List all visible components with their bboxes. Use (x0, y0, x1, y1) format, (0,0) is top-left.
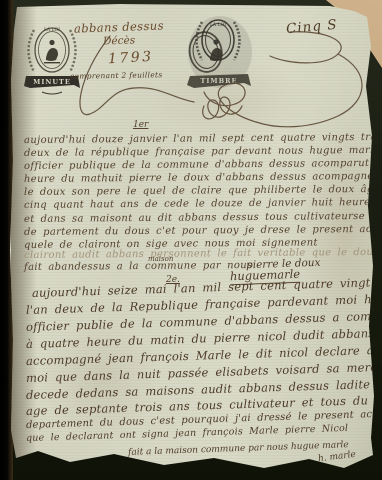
act1-line: le doux son pere le quel de claire que p… (24, 184, 382, 198)
act1-number-mark: 1er (133, 120, 148, 130)
act1-line: cinq quant haut ans de cede le douze de … (24, 196, 382, 211)
act1-line: et dans sa maisont au dit abbans dessus … (24, 210, 382, 224)
act1-line: officier publique de la commune d'abbans… (24, 158, 382, 172)
act1-faint-line: clairont audit abbans personnent le fait… (24, 247, 379, 261)
act2-officer-signature: h. marle (318, 450, 357, 465)
act1-line: de partement du dous c'et pour quoy je d… (24, 224, 382, 238)
act1-line: heure du mathuit pierre le doux d'abbans… (24, 170, 382, 185)
act1-line: deux de la république française par deva… (24, 145, 382, 159)
laurel-branch-icon (29, 30, 35, 72)
paraph-flourish (42, 28, 372, 143)
act1-closing-line: fait abandessus a la commune par nous (24, 260, 253, 273)
act1-line: aujourd'hui douze janvier l'an mil sept … (24, 132, 382, 146)
act2-closing-line: fait a la maison commune par nous hugue … (128, 440, 349, 458)
manuscript-scan: LA LOI MINUTE LA LOI TIM (0, 0, 382, 480)
manuscript-page: LA LOI MINUTE LA LOI TIM (0, 0, 382, 480)
